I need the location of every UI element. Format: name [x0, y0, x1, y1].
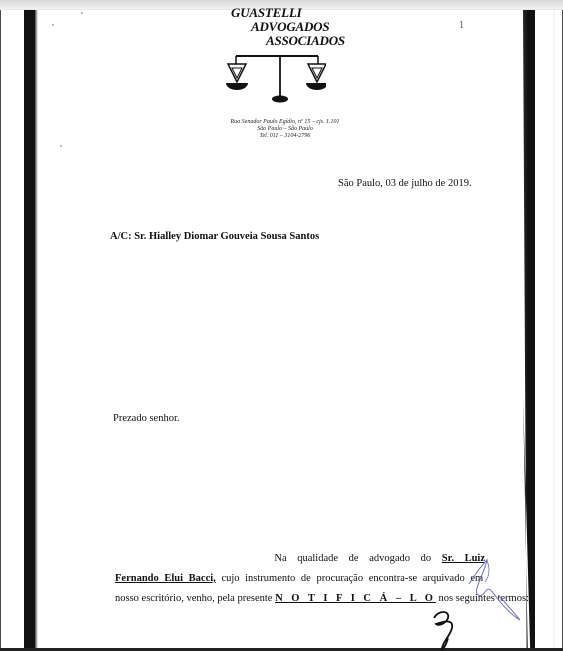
firm-logo-text: GUASTELLI ADVOGADOS ASSOCIADOS [226, 6, 336, 48]
handwritten-signature-icon [465, 556, 525, 626]
page-number: 1 [459, 20, 464, 31]
body-line-1: Na qualidade de advogado do Sr. Luiz [115, 549, 485, 569]
address-street: Rua Senador Paulo Egídio, nº 15 – cjs. 1… [200, 119, 370, 126]
scan-speck [81, 12, 83, 14]
greeting: Prezado senhor. [113, 413, 179, 424]
recipient-line: A/C: Sr. Hialley Diomar Gouveia Sousa Sa… [110, 231, 319, 242]
address-phone: Tel. 011 – 3104-2796 [200, 133, 370, 140]
firm-address: Rua Senador Paulo Egídio, nº 15 – cjs. 1… [200, 119, 370, 140]
body-text: Na qualidade de advogado do [274, 553, 441, 564]
firm-name-line3: ASSOCIADOS [266, 34, 336, 48]
body-line-2: Fernando Elui Bacci, cujo instrumento de… [115, 569, 485, 589]
notification-emphasis: N O T I F I C Á – L O [275, 593, 436, 604]
scales-of-justice-icon [226, 54, 326, 104]
body-line-3: nosso escritório, venho, pela presente N… [115, 589, 485, 609]
body-text: nosso escritório, venho, pela presente [115, 593, 275, 604]
firm-name-line1: GUASTELLI [231, 6, 336, 20]
body-text: cujo instrumento de procuração encontra-… [216, 573, 483, 584]
body-paragraph: Na qualidade de advogado do Sr. Luiz Fer… [115, 549, 485, 609]
handwritten-initials-icon [430, 608, 460, 651]
address-city: São Paulo – São Paulo [200, 126, 370, 133]
scan-edge-left [24, 10, 35, 651]
firm-name-line2: ADVOGADOS [251, 20, 336, 34]
scroll-gutter [553, 10, 555, 651]
client-name-part2: Fernando Elui Bacci, [115, 573, 216, 584]
scan-speck [60, 145, 62, 147]
letter-date: São Paulo, 03 de julho de 2019. [338, 178, 472, 189]
scan-speck [52, 24, 54, 26]
